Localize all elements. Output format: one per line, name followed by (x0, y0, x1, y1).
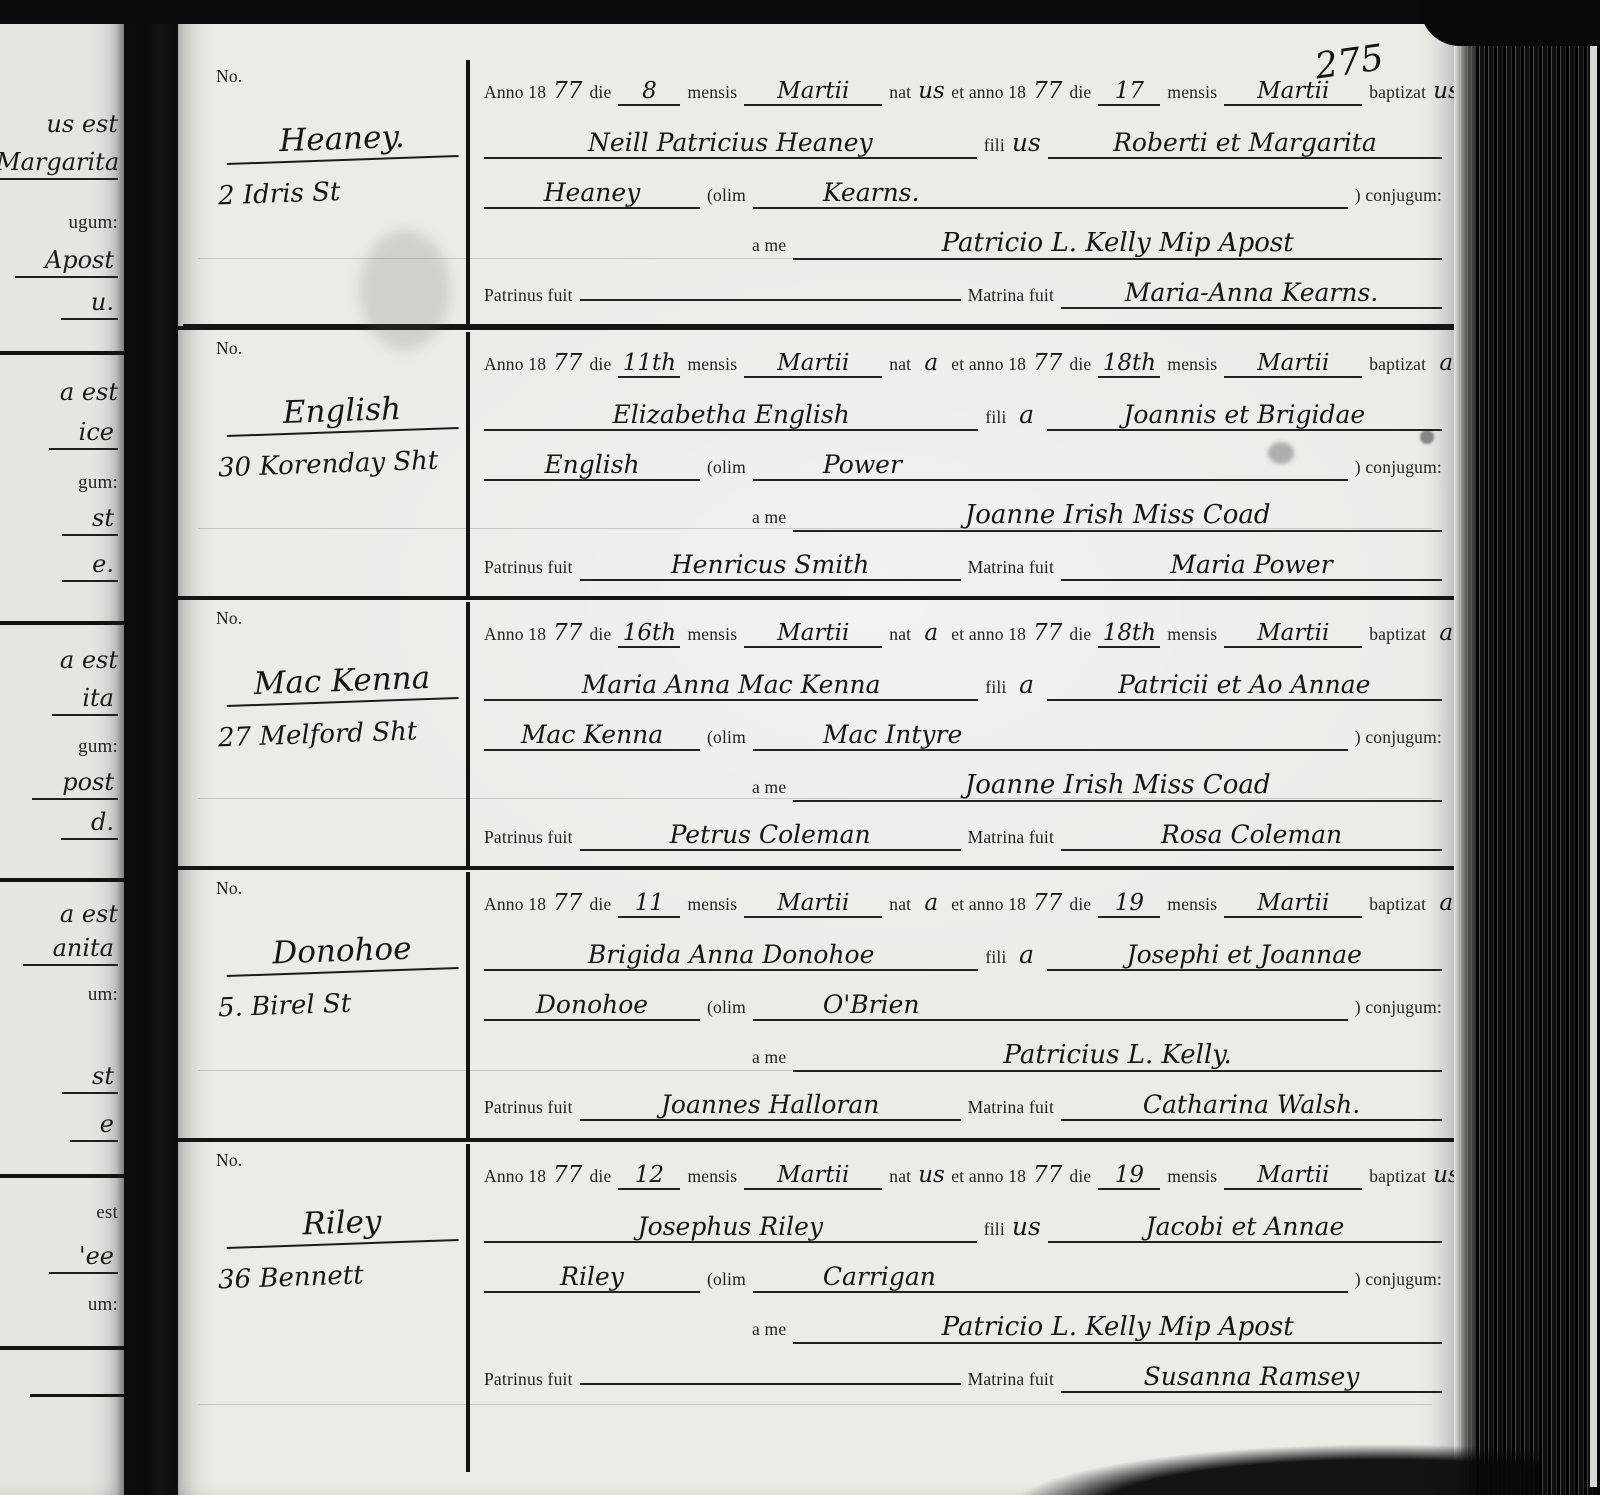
nat-suffix: us (918, 1162, 944, 1188)
child-name: Brigida Anna Donohoe (484, 940, 978, 971)
minister-name: Patricio L. Kelly Mip Apost (793, 228, 1442, 260)
mensis-label: mensis (687, 354, 737, 375)
bapt-month: Martii (1224, 620, 1362, 648)
maiden-name: Carrigan (753, 1262, 1348, 1293)
conjugum-label: ) conjugum: (1355, 457, 1442, 478)
record-left-column: No. Riley 36 Bennett (178, 1142, 466, 1472)
family-surname: Donohoe (484, 990, 700, 1021)
surname: Donohoe (225, 929, 458, 977)
sponsors-row: Patrinus fuit Matrina fuit Maria-Anna Ke… (484, 278, 1442, 308)
matrina-name: Catharina Walsh. (1061, 1090, 1442, 1121)
die-label: die (1069, 1166, 1091, 1187)
scan-top-right-corner (1420, 0, 1600, 46)
bapt-month: Martii (1224, 890, 1362, 918)
patrinus-name: Petrus Coleman (580, 820, 961, 851)
a-me-label: a me (752, 1319, 786, 1340)
matrina-label: Matrina fuit (968, 1369, 1054, 1390)
nat-suffix: a (918, 620, 944, 646)
die-label: die (589, 82, 611, 103)
dates-row: Anno 18 77 die 11 mensis Martii nat a et… (484, 890, 1442, 920)
facing-page-rule (0, 1346, 124, 1350)
birth-year: 77 (553, 620, 582, 646)
die-label: die (1069, 82, 1091, 103)
nat-label: nat (889, 1166, 911, 1187)
anno-label: Anno 18 (484, 624, 546, 645)
birth-month: Martii (744, 620, 882, 648)
no-label: No. (216, 1150, 466, 1171)
facing-page-rule (0, 878, 124, 882)
margin-fragment: a est (60, 646, 118, 674)
bapt-day: 18th (1098, 620, 1160, 648)
olim-label: (olim (707, 1269, 746, 1290)
parents-row: Donohoe (olim O'Brien ) conjugum: (484, 990, 1442, 1020)
birth-year: 77 (553, 350, 582, 376)
parents-names: Josephi et Joannae (1047, 940, 1442, 971)
dates-row: Anno 18 77 die 8 mensis Martii nat us et… (484, 78, 1442, 108)
record-fields: Anno 18 77 die 16th mensis Martii nat a … (470, 600, 1462, 866)
birth-year: 77 (553, 78, 582, 104)
parents-names: Joannis et Brigidae (1047, 400, 1442, 431)
olim-label: (olim (707, 997, 746, 1018)
matrina-name: Maria-Anna Kearns. (1061, 278, 1442, 309)
record-fields: Anno 18 77 die 11 mensis Martii nat a et… (470, 870, 1462, 1138)
minister-name: Joanne Irish Miss Coad (793, 500, 1442, 532)
surname: Riley (225, 1201, 458, 1249)
parents-names: Roberti et Margarita (1048, 128, 1442, 159)
et-anno-label: et anno 18 (951, 82, 1026, 103)
sponsors-row: Patrinus fuit Henricus Smith Matrina fui… (484, 550, 1442, 580)
baptizat-label: baptizat (1369, 1166, 1426, 1187)
margin-fragment: ugum: (68, 212, 118, 234)
olim-label: (olim (707, 727, 746, 748)
maiden-name: Mac Intyre (753, 720, 1348, 751)
no-label: No. (216, 66, 466, 87)
fili-suffix: a (1014, 670, 1040, 699)
dates-row: Anno 18 77 die 12 mensis Martii nat us e… (484, 1162, 1442, 1192)
mensis-label: mensis (1167, 82, 1217, 103)
book-gutter-shadow (116, 0, 182, 1495)
anno-label: Anno 18 (484, 894, 546, 915)
sponsors-row: Patrinus fuit Petrus Coleman Matrina fui… (484, 820, 1442, 850)
address: 5. Birel St (218, 985, 467, 1024)
die-label: die (1069, 624, 1091, 645)
child-row: Josephus Riley fili us Jacobi et Annae (484, 1212, 1442, 1242)
olim-label: (olim (707, 457, 746, 478)
margin-fragment: Margarita (0, 148, 118, 180)
minister-row: a me Patricius L. Kelly. (484, 1040, 1442, 1070)
bapt-day: 19 (1098, 1162, 1160, 1190)
record-left-column: No. Donohoe 5. Birel St (178, 870, 466, 1138)
sponsors-row: Patrinus fuit Joannes Halloran Matrina f… (484, 1090, 1442, 1120)
matrina-name: Susanna Ramsey (1061, 1362, 1442, 1393)
margin-fragment: st (62, 1062, 118, 1094)
record-left-column: No. Heaney. 2 Idris St (178, 58, 466, 326)
child-name: Josephus Riley (484, 1212, 977, 1243)
child-row: Brigida Anna Donohoe fili a Josephi et J… (484, 940, 1442, 970)
minister-row: a me Patricio L. Kelly Mip Apost (484, 1312, 1442, 1342)
birth-day: 16th (618, 620, 680, 648)
parents-names: Patricii et Ao Annae (1047, 670, 1442, 701)
birth-month: Martii (744, 78, 882, 106)
scan-bottom-shadow (1020, 1425, 1540, 1495)
no-label: No. (216, 608, 466, 629)
birth-month: Martii (744, 890, 882, 918)
record-fields: Anno 18 77 die 8 mensis Martii nat us et… (470, 58, 1462, 326)
matrina-label: Matrina fuit (968, 557, 1054, 578)
parents-names: Jacobi et Annae (1048, 1212, 1442, 1243)
no-label: No. (216, 878, 466, 899)
maiden-name: O'Brien (753, 990, 1348, 1021)
sponsors-row: Patrinus fuit Matrina fuit Susanna Ramse… (484, 1362, 1442, 1392)
parents-row: English (olim Power ) conjugum: (484, 450, 1442, 480)
mensis-label: mensis (687, 82, 737, 103)
margin-fragment: gum: (78, 736, 118, 758)
surname: Heaney. (225, 117, 458, 165)
record-left-column: No. Mac Kenna 27 Melford Sht (178, 600, 466, 866)
a-me-label: a me (752, 235, 786, 256)
baptizat-label: baptizat (1369, 354, 1426, 375)
patrinus-label: Patrinus fuit (484, 557, 573, 578)
nat-label: nat (889, 624, 911, 645)
mensis-label: mensis (687, 1166, 737, 1187)
address: 36 Bennett (218, 1257, 467, 1296)
matrina-name: Rosa Coleman (1061, 820, 1442, 851)
maiden-name: Power (753, 450, 1348, 481)
patrinus-label: Patrinus fuit (484, 285, 573, 306)
margin-fragment: Apost (15, 246, 118, 278)
birth-day: 8 (618, 78, 680, 106)
bapt-year: 77 (1033, 620, 1062, 646)
matrina-label: Matrina fuit (968, 827, 1054, 848)
bapt-month: Martii (1224, 1162, 1362, 1190)
record-fields: Anno 18 77 die 12 mensis Martii nat us e… (470, 1142, 1462, 1472)
patrinus-name: Henricus Smith (580, 550, 961, 581)
mensis-label: mensis (687, 624, 737, 645)
baptism-record: No. English 30 Korenday Sht Anno 18 77 d… (178, 326, 1462, 596)
baptism-records: No. Heaney. 2 Idris St Anno 18 77 die 8 … (178, 58, 1462, 1472)
mensis-label: mensis (1167, 894, 1217, 915)
book-fore-edge (1454, 0, 1600, 1495)
facing-page-rule (0, 1174, 124, 1178)
child-name: Neill Patricius Heaney (484, 128, 977, 159)
dates-row: Anno 18 77 die 16th mensis Martii nat a … (484, 620, 1442, 650)
margin-fragment: e (70, 1110, 118, 1142)
matrina-name: Maria Power (1061, 550, 1442, 581)
mensis-label: mensis (1167, 354, 1217, 375)
child-row: Neill Patricius Heaney fili us Roberti e… (484, 128, 1442, 158)
margin-fragment: est (96, 1202, 118, 1224)
margin-fragment: gum: (78, 472, 118, 494)
fili-label: fili (985, 947, 1006, 968)
et-anno-label: et anno 18 (951, 894, 1026, 915)
dates-row: Anno 18 77 die 11th mensis Martii nat a … (484, 350, 1442, 380)
birth-month: Martii (744, 1162, 882, 1190)
margin-fragment: a est (60, 378, 118, 406)
margin-fragment: a est (60, 900, 118, 928)
margin-fragment: ita (52, 684, 118, 716)
margin-fragment: us est (46, 110, 118, 138)
die-label: die (589, 894, 611, 915)
address: 27 Melford Sht (218, 715, 467, 754)
family-surname: Mac Kenna (484, 720, 700, 751)
margin-fragment: post (32, 768, 118, 800)
facing-page-rule (0, 351, 124, 355)
fili-suffix: us (1012, 128, 1041, 157)
nat-suffix: a (918, 350, 944, 376)
bapt-year: 77 (1033, 350, 1062, 376)
parents-row: Mac Kenna (olim Mac Intyre ) conjugum: (484, 720, 1442, 750)
fili-label: fili (985, 677, 1006, 698)
family-surname: Heaney (484, 178, 700, 209)
child-name: Maria Anna Mac Kenna (484, 670, 978, 701)
parents-row: Heaney (olim Kearns. ) conjugum: (484, 178, 1442, 208)
bapt-year: 77 (1033, 890, 1062, 916)
birth-day: 11 (618, 890, 680, 918)
margin-fragment: 'ee (49, 1242, 118, 1274)
baptizat-label: baptizat (1369, 624, 1426, 645)
facing-page-rule (30, 1394, 124, 1397)
baptism-record: No. Riley 36 Bennett Anno 18 77 die 12 m… (178, 1138, 1462, 1472)
minister-name: Patricio L. Kelly Mip Apost (793, 1312, 1442, 1344)
fore-edge-page-sliver (1590, 40, 1597, 1487)
bapt-day: 19 (1098, 890, 1160, 918)
child-name: Elizabetha English (484, 400, 978, 431)
bapt-year: 77 (1033, 78, 1062, 104)
die-label: die (1069, 894, 1091, 915)
anno-label: Anno 18 (484, 1166, 546, 1187)
patrinus-name: Joannes Halloran (580, 1090, 961, 1121)
surname: Mac Kenna (225, 659, 458, 707)
bapt-year: 77 (1033, 1162, 1062, 1188)
die-label: die (589, 354, 611, 375)
a-me-label: a me (752, 1047, 786, 1068)
matrina-label: Matrina fuit (968, 285, 1054, 306)
margin-fragment: um: (88, 984, 118, 1006)
conjugum-label: ) conjugum: (1355, 185, 1442, 206)
margin-fragment: um: (88, 1294, 118, 1316)
patrinus-name (580, 299, 961, 301)
patrinus-label: Patrinus fuit (484, 1369, 573, 1390)
a-me-label: a me (752, 777, 786, 798)
mensis-label: mensis (1167, 624, 1217, 645)
minister-row: a me Joanne Irish Miss Coad (484, 770, 1442, 800)
family-surname: Riley (484, 1262, 700, 1293)
birth-day: 12 (618, 1162, 680, 1190)
et-anno-label: et anno 18 (951, 624, 1026, 645)
margin-fragment: d. (61, 808, 118, 840)
bapt-day: 18th (1098, 350, 1160, 378)
nat-suffix: a (918, 890, 944, 916)
bapt-day: 17 (1098, 78, 1160, 106)
patrinus-name (580, 1383, 961, 1385)
nat-suffix: us (918, 78, 944, 104)
fili-suffix: a (1014, 940, 1040, 969)
baptism-record: No. Heaney. 2 Idris St Anno 18 77 die 8 … (178, 58, 1462, 326)
die-label: die (1069, 354, 1091, 375)
child-row: Elizabetha English fili a Joannis et Bri… (484, 400, 1442, 430)
fore-edge-streaks (1476, 0, 1590, 1495)
baptizat-label: baptizat (1369, 82, 1426, 103)
margin-fragment: ice (49, 418, 118, 450)
birth-year: 77 (553, 1162, 582, 1188)
die-label: die (589, 624, 611, 645)
minister-name: Patricius L. Kelly. (793, 1040, 1442, 1072)
fili-suffix: a (1014, 400, 1040, 429)
nat-label: nat (889, 82, 911, 103)
baptism-record: No. Donohoe 5. Birel St Anno 18 77 die 1… (178, 866, 1462, 1138)
bapt-month: Martii (1224, 350, 1362, 378)
conjugum-label: ) conjugum: (1355, 997, 1442, 1018)
fili-suffix: us (1012, 1212, 1041, 1241)
mensis-label: mensis (1167, 1166, 1217, 1187)
scan-top-edge (0, 0, 1600, 24)
fili-label: fili (984, 135, 1005, 156)
maiden-name: Kearns. (753, 178, 1348, 209)
margin-fragment: anita (23, 934, 118, 966)
birth-month: Martii (744, 350, 882, 378)
patrinus-label: Patrinus fuit (484, 1097, 573, 1118)
family-surname: English (484, 450, 700, 481)
address: 2 Idris St (218, 173, 467, 212)
parents-row: Riley (olim Carrigan ) conjugum: (484, 1262, 1442, 1292)
nat-label: nat (889, 354, 911, 375)
margin-fragment: u. (61, 288, 118, 320)
die-label: die (589, 1166, 611, 1187)
facing-page-edge: us est Margarita ugum: Apost u. a est ic… (0, 6, 124, 1495)
address: 30 Korenday Sht (218, 445, 467, 484)
et-anno-label: et anno 18 (951, 1166, 1026, 1187)
conjugum-label: ) conjugum: (1355, 1269, 1442, 1290)
baptizat-label: baptizat (1369, 894, 1426, 915)
margin-fragment: st (62, 504, 118, 536)
minister-name: Joanne Irish Miss Coad (793, 770, 1442, 802)
facing-page-rule (0, 621, 124, 625)
record-left-column: No. English 30 Korenday Sht (178, 330, 466, 596)
a-me-label: a me (752, 507, 786, 528)
et-anno-label: et anno 18 (951, 354, 1026, 375)
patrinus-label: Patrinus fuit (484, 827, 573, 848)
surname: English (225, 389, 458, 437)
olim-label: (olim (707, 185, 746, 206)
matrina-label: Matrina fuit (968, 1097, 1054, 1118)
minister-row: a me Patricio L. Kelly Mip Apost (484, 228, 1442, 258)
child-row: Maria Anna Mac Kenna fili a Patricii et … (484, 670, 1442, 700)
conjugum-label: ) conjugum: (1355, 727, 1442, 748)
anno-label: Anno 18 (484, 82, 546, 103)
register-page: 275 No. Heaney. 2 Idris St Anno 18 77 di… (178, 8, 1462, 1495)
birth-day: 11th (618, 350, 680, 378)
baptism-record: No. Mac Kenna 27 Melford Sht Anno 18 77 … (178, 596, 1462, 866)
mensis-label: mensis (687, 894, 737, 915)
nat-label: nat (889, 894, 911, 915)
fili-label: fili (984, 1219, 1005, 1240)
fili-label: fili (985, 407, 1006, 428)
record-fields: Anno 18 77 die 11th mensis Martii nat a … (470, 330, 1462, 596)
anno-label: Anno 18 (484, 354, 546, 375)
no-label: No. (216, 338, 466, 359)
minister-row: a me Joanne Irish Miss Coad (484, 500, 1442, 530)
margin-fragment: e. (62, 550, 118, 582)
birth-year: 77 (553, 890, 582, 916)
